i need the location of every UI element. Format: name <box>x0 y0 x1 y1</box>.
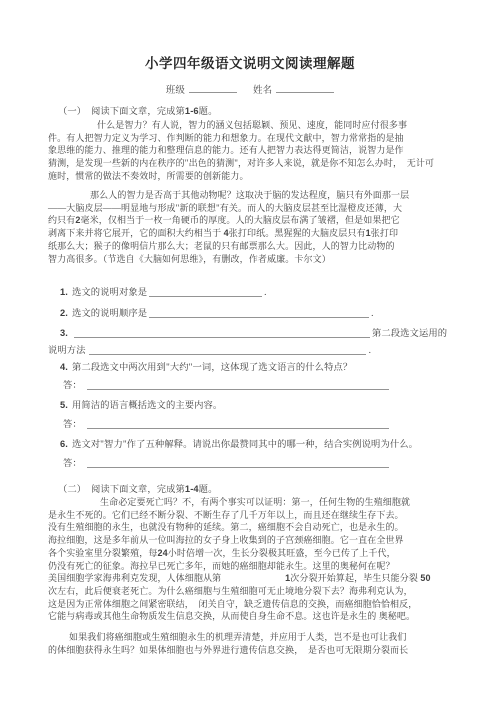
question-5-number: 5. <box>60 400 68 410</box>
question-1-number: 1. <box>60 287 68 297</box>
section1-paragraph-2: 那么人的智力是否高于其他动物呢？这取决于脑的发达程度，脑只有外面那一层 ——大脑… <box>48 189 462 265</box>
answer-6-blank-field[interactable] <box>87 457 389 468</box>
name-blank-field[interactable] <box>276 82 334 93</box>
answer-5-blank-field[interactable] <box>87 418 389 429</box>
section1-heading: （一） 阅读下面文章，完成第1-6题。 <box>58 103 217 117</box>
question-3-blank-field[interactable] <box>74 327 370 338</box>
question-4-text: 第二段选文中两次用到"大约"一词，这体现了选文语言的什么特点？ <box>72 363 352 373</box>
class-blank-field[interactable] <box>189 82 237 93</box>
question-6: 6.选文对"智力"作了五种解释。请说出你最赞同其中的哪一种，结合实例说明为什么。 <box>60 436 418 450</box>
answer-row-4: 答： <box>63 377 389 391</box>
question-1-blank-field[interactable] <box>149 286 262 297</box>
question-3-text: 第二段选文运用的 <box>372 329 447 339</box>
answer-row-6: 答： <box>63 455 389 469</box>
section2-paragraph-2: 如果我们将癌细胞或生殖细胞永生的机理弄清楚，并应用于人类，岂不是也可让我们 的体… <box>48 631 462 656</box>
question-3-number: 3. <box>60 328 68 338</box>
answer-4-blank-field[interactable] <box>87 379 389 390</box>
question-5: 5.用简洁的语言概括选文的主要内容。 <box>60 397 222 411</box>
question-2-tail: . <box>371 309 373 319</box>
page-title: 小学四年级语文说明文阅读理解题 <box>0 52 500 72</box>
section1-paragraph-1: 什么是智力？有人说，智力的涵义包括聪颖、预见、速度，能同时应付很多事 件。有人把… <box>48 119 462 183</box>
question-1-text: 选文的说明对象是 <box>72 288 147 298</box>
question-2-number: 2. <box>60 308 68 318</box>
question-3-line-2: 说明方法. <box>48 342 371 356</box>
answer-row-5: 答： <box>63 416 389 430</box>
worksheet-page: 小学四年级语文说明文阅读理解题 班级 姓名 （一） 阅读下面文章，完成第1-6题… <box>0 0 500 708</box>
answer-4-label: 答： <box>63 381 82 391</box>
name-label: 姓名 <box>253 82 272 96</box>
section2-paragraph-1: 生命必定要死亡吗？不，有两个事实可以证明：第一，任何生物的生殖细胞就 是永生不死… <box>48 496 462 623</box>
class-name-row: 班级 姓名 <box>0 82 500 96</box>
question-1: 1.选文的说明对象是. <box>60 284 267 298</box>
question-6-text: 选文对"智力"作了五种解释。请说出你最赞同其中的哪一种，结合实例说明为什么。 <box>72 440 418 450</box>
question-4: 4.第二段选文中两次用到"大约"一词，这体现了选文语言的什么特点？ <box>60 359 352 373</box>
answer-6-label: 答： <box>63 459 82 469</box>
section2-heading: （二） 阅读下面文章，完成第1-4题。 <box>58 481 217 495</box>
question-3-line-1: 3.第二段选文运用的 <box>60 325 447 339</box>
question-4-number: 4. <box>60 362 68 372</box>
question-2: 2.选文的说明顺序是. <box>60 305 374 319</box>
question-3-blank-field-2[interactable] <box>89 344 366 355</box>
question-5-text: 用简洁的语言概括选文的主要内容。 <box>72 401 222 411</box>
question-2-text: 选文的说明顺序是 <box>72 309 147 319</box>
question-6-number: 6. <box>60 439 68 449</box>
question-3-line2-text: 说明方法 <box>48 346 86 356</box>
question-1-tail: . <box>264 288 266 298</box>
question-2-blank-field[interactable] <box>149 307 369 318</box>
class-label: 班级 <box>166 82 185 96</box>
question-3-tail: . <box>369 346 371 356</box>
answer-5-label: 答： <box>63 420 82 430</box>
